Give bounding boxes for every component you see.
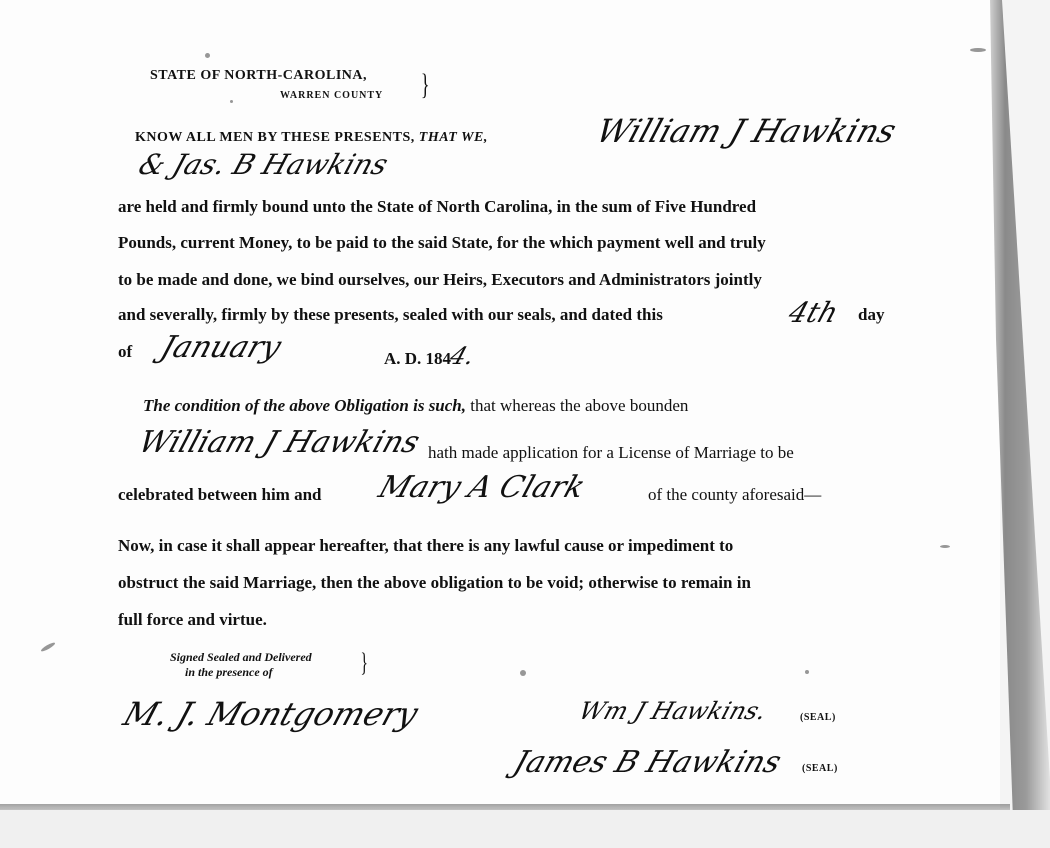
bond-line-2: Pounds, current Money, to be paid to the…: [118, 233, 766, 253]
obligor-2-signature: & Jas. B Hawkins: [135, 148, 393, 181]
of-label: of: [118, 342, 132, 362]
bond-line-1: are held and firmly bound unto the State…: [118, 197, 756, 217]
underlying-page: [0, 810, 1050, 848]
condition-lead: The condition of the above Obligation is…: [143, 396, 466, 415]
witness-signature: M. J. Montgomery: [119, 695, 423, 733]
seal-2: (SEAL): [802, 763, 838, 774]
signature-2: James B Hawkins: [509, 745, 785, 780]
condition-line-2: hath made application for a License of M…: [428, 443, 794, 463]
condition-line-6: full force and virtue.: [118, 610, 267, 630]
month-handwritten: January: [156, 330, 285, 365]
header-brace: }: [421, 68, 430, 102]
condition-line-5: obstruct the said Marriage, then the abo…: [118, 573, 751, 593]
condition-lead-rest: that whereas the above bounden: [470, 396, 688, 415]
witness-label-2: in the presence of: [185, 665, 273, 680]
state-heading: STATE OF NORTH-CAROLINA,: [150, 68, 367, 84]
bond-line-4: and severally, firmly by these presents,…: [118, 305, 663, 325]
year-handwritten: 4.: [447, 342, 479, 370]
groom-handwritten: William J Hawkins: [134, 425, 424, 460]
bride-handwritten: Mary A Clark: [374, 470, 589, 505]
condition-line-3-post: of the county aforesaid—: [648, 485, 821, 505]
county-heading: WARREN COUNTY: [280, 90, 383, 101]
signature-1: Wm J Hawkins.: [575, 697, 770, 725]
preamble-that: THAT WE,: [419, 130, 488, 145]
bond-line-3: to be made and done, we bind ourselves, …: [118, 270, 762, 290]
preamble-caps: KNOW ALL MEN BY THESE PRESENTS,: [135, 130, 415, 145]
marriage-bond-document: STATE OF NORTH-CAROLINA, WARREN COUNTY }…: [0, 0, 1000, 808]
condition-line-1: The condition of the above Obligation is…: [143, 396, 688, 416]
year-printed: A. D. 1844.: [384, 342, 474, 370]
witness-brace: }: [360, 648, 367, 678]
condition-line-4: Now, in case it shall appear hereafter, …: [118, 536, 733, 556]
seal-1: (SEAL): [800, 712, 836, 723]
day-handwritten: 4th: [785, 296, 843, 329]
day-label: day: [858, 305, 884, 325]
obligor-1-signature: William J Hawkins: [592, 112, 901, 150]
condition-line-3-pre: celebrated between him and: [118, 485, 322, 505]
preamble-intro: KNOW ALL MEN BY THESE PRESENTS, THAT WE,: [135, 130, 488, 146]
year-prefix: A. D. 184: [384, 349, 451, 368]
witness-label-1: Signed Sealed and Delivered: [170, 650, 312, 665]
